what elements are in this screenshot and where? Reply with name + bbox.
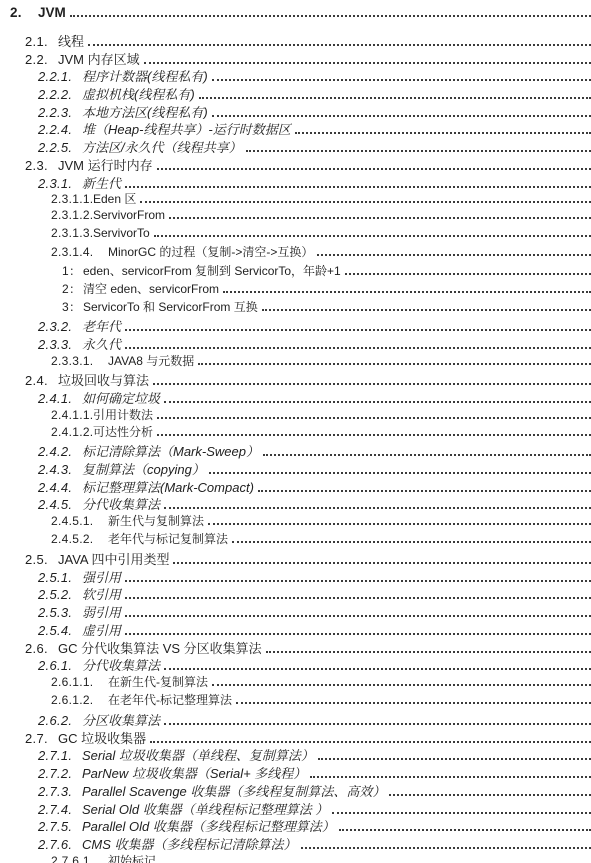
dot-leader xyxy=(154,232,591,237)
dot-leader xyxy=(70,12,591,17)
toc-entry-number: 2.2.2. xyxy=(0,87,82,102)
toc-entry-number: 2.7.5. xyxy=(0,819,82,834)
toc-entry-number: 2.6.2. xyxy=(0,713,82,728)
toc-entry-number: 2.7. xyxy=(0,731,58,746)
dot-leader xyxy=(263,451,591,456)
toc-entry[interactable]: 2.3.1.1.Eden 区 xyxy=(0,190,591,208)
dot-leader xyxy=(125,594,591,599)
toc-page: 2.JVM2.1.线程2.2.JVM 内存区域2.2.1.程序计数器(线程私有)… xyxy=(0,0,591,863)
toc-entry-number: 2.4.5.1. xyxy=(0,514,108,528)
dot-leader xyxy=(164,665,591,670)
toc-entry[interactable]: 2.2.1.程序计数器(线程私有) xyxy=(0,66,591,84)
toc-entry[interactable]: 2.5.JAVA 四中引用类型 xyxy=(0,549,591,567)
toc-entry-label: 老年代 xyxy=(82,316,122,334)
toc-entry-number: 2.4.3. xyxy=(0,462,82,477)
toc-entry[interactable]: 2.4.5.分代收集算法 xyxy=(0,494,591,512)
dot-leader xyxy=(160,860,591,863)
toc-entry[interactable]: 2.5.4.虚引用 xyxy=(0,620,591,638)
toc-entry[interactable]: 2.3.1.新生代 xyxy=(0,173,591,191)
toc-entry-label: Serial Old 收集器（单线程标记整理算法 ） xyxy=(82,799,329,817)
dot-leader xyxy=(310,773,591,778)
dot-leader xyxy=(236,699,591,704)
dot-leader xyxy=(157,431,591,436)
toc-entry-label: ServicorTo 和 ServicorFrom 互换 xyxy=(83,298,259,315)
toc-entry-label: 弱引用 xyxy=(82,602,122,620)
toc-entry-number: 2.4.2. xyxy=(0,444,82,459)
toc-entry-number: 2.6.1.2. xyxy=(0,693,108,707)
toc-entry[interactable]: 2.6.1.2.在老年代-标记整理算法 xyxy=(0,691,591,710)
toc-entry-label: JAVA 四中引用类型 xyxy=(58,549,170,567)
toc-entry-number: 2.1. xyxy=(0,34,58,49)
toc-entry-number: 2.3. xyxy=(0,158,58,173)
toc-entry-number: 1： xyxy=(0,262,83,279)
toc-entry-number: 2.3.1. xyxy=(0,176,82,191)
toc-entry-label: 如何确定垃圾 xyxy=(82,388,161,406)
toc-entry[interactable]: 2.7.5.Parallel Old 收集器（多线程标记整理算法） xyxy=(0,816,591,834)
toc-entry-number: 2.2. xyxy=(0,52,58,67)
toc-entry-number: 2.3.2. xyxy=(0,319,82,334)
toc-entry-label: JVM xyxy=(38,5,67,20)
toc-entry-number: 2.4.1.2. xyxy=(0,425,93,439)
toc-entry[interactable]: 2.4.5.2.老年代与标记复制算法 xyxy=(0,530,591,549)
toc-entry-label: ParNew 垃圾收集器（Serial+ 多线程） xyxy=(82,763,307,781)
dot-leader xyxy=(125,577,591,582)
toc-entry-label: ServivorTo xyxy=(93,226,151,240)
dot-leader xyxy=(125,630,591,635)
dot-leader xyxy=(232,538,591,543)
dot-leader xyxy=(164,398,591,403)
toc-entry-number: 2.4.4. xyxy=(0,480,82,495)
toc-entry[interactable]: 2.4.1.如何确定垃圾 xyxy=(0,388,591,406)
toc-entry-label: Serial 垃圾收集器（单线程、复制算法） xyxy=(82,745,315,763)
dot-leader xyxy=(125,183,591,188)
toc: 2.JVM2.1.线程2.2.JVM 内存区域2.2.1.程序计数器(线程私有)… xyxy=(0,5,591,863)
toc-entry-label: 强引用 xyxy=(82,567,122,585)
toc-entry-label: Parallel Scavenge 收集器（多线程复制算法、高效） xyxy=(82,781,386,799)
dot-leader xyxy=(164,504,591,509)
toc-entry-number: 2.2.1. xyxy=(0,69,82,84)
toc-entry[interactable]: 2.7.2.ParNew 垃圾收集器（Serial+ 多线程） xyxy=(0,763,591,781)
toc-entry[interactable]: 2.3.3.1.JAVA8 与元数据 xyxy=(0,352,591,371)
toc-entry-number: 2.7.3. xyxy=(0,784,82,799)
toc-entry-label: 复制算法（copying） xyxy=(82,459,206,477)
toc-entry-label: Eden 区 xyxy=(93,190,137,207)
dot-leader xyxy=(317,251,591,256)
toc-entry[interactable]: 2.7.4.Serial Old 收集器（单线程标记整理算法 ） xyxy=(0,799,591,817)
toc-entry-label: 虚拟机栈(线程私有) xyxy=(82,84,196,102)
toc-entry[interactable]: 2.6.2.分区收集算法 xyxy=(0,710,591,728)
toc-entry[interactable]: 2.2.2.虚拟机栈(线程私有) xyxy=(0,84,591,102)
dot-leader xyxy=(345,270,591,275)
toc-entry[interactable]: 2.3.JVM 运行时内存 xyxy=(0,155,591,173)
toc-entry-number: 2.3.1.1. xyxy=(0,192,93,206)
toc-entry-label: 方法区/永久代（线程共享） xyxy=(82,137,243,155)
toc-entry-number: 2.6. xyxy=(0,641,58,656)
toc-entry-number: 2.4.1.1. xyxy=(0,408,93,422)
dot-leader xyxy=(266,648,591,653)
toc-entry-number: 2.3.1.3. xyxy=(0,226,93,240)
toc-entry[interactable]: 2.6.1.1.在新生代-复制算法 xyxy=(0,673,591,692)
toc-entry-number: 2.2.4. xyxy=(0,122,82,137)
toc-entry-number: 2.3.3. xyxy=(0,337,82,352)
dot-leader xyxy=(173,559,591,564)
dot-leader xyxy=(144,59,591,64)
toc-entry-label: 新生代与复制算法 xyxy=(108,512,205,529)
dot-leader xyxy=(88,41,591,46)
toc-entry[interactable]: 2.2.JVM 内存区域 xyxy=(0,49,591,67)
toc-entry-number: 2.7.6.1. xyxy=(0,854,108,863)
toc-entry[interactable]: 2.3.1.2.ServivorFrom xyxy=(0,208,591,226)
toc-entry[interactable]: 2.5.1.强引用 xyxy=(0,567,591,585)
toc-entry-label: MinorGC 的过程（复制->清空->互换） xyxy=(108,243,314,260)
toc-entry[interactable]: 2.2.3.本地方法区(线程私有) xyxy=(0,102,591,120)
toc-entry-label: 分代收集算法 xyxy=(82,655,161,673)
toc-entry-label: JVM 内存区域 xyxy=(58,49,141,67)
toc-entry-label: ServivorFrom xyxy=(93,208,166,222)
toc-entry[interactable]: 2.5.3.弱引用 xyxy=(0,602,591,620)
dot-leader xyxy=(169,214,591,219)
dot-leader xyxy=(295,129,591,134)
toc-entry[interactable]: 2.2.4.堆（Heap-线程共享）-运行时数据区 xyxy=(0,119,591,137)
toc-entry[interactable]: 2.3.1.3.ServivorTo xyxy=(0,226,591,244)
toc-entry-number: 2.7.6. xyxy=(0,837,82,852)
toc-entry-label: 老年代与标记复制算法 xyxy=(108,530,229,547)
dot-leader xyxy=(389,791,591,796)
toc-entry-label: JVM 运行时内存 xyxy=(58,155,154,173)
toc-entry-number: 2.6.1.1. xyxy=(0,675,108,689)
toc-entry-label: 软引用 xyxy=(82,584,122,602)
toc-entry-label: 分区收集算法 xyxy=(82,710,161,728)
toc-entry[interactable]: 2.3.2.老年代 xyxy=(0,316,591,334)
toc-entry-number: 2.5.3. xyxy=(0,605,82,620)
dot-leader xyxy=(318,755,591,760)
toc-entry-label: 堆（Heap-线程共享）-运行时数据区 xyxy=(82,119,292,137)
dot-leader xyxy=(209,469,591,474)
dot-leader xyxy=(212,76,591,81)
dot-leader xyxy=(301,844,591,849)
dot-leader xyxy=(223,288,591,293)
toc-entry-number: 2.2.5. xyxy=(0,140,82,155)
toc-entry-label: 程序计数器(线程私有) xyxy=(82,66,209,84)
dot-leader xyxy=(125,344,591,349)
toc-entry-label: GC 垃圾收集器 xyxy=(58,728,147,746)
toc-entry[interactable]: 2.4.2.标记清除算法（Mark-Sweep） xyxy=(0,441,591,459)
toc-entry[interactable]: 2.7.6.CMS 收集器（多线程标记清除算法） xyxy=(0,834,591,852)
toc-entry-number: 2.7.4. xyxy=(0,802,82,817)
toc-entry-number: 2.3.1.4. xyxy=(0,245,108,259)
toc-entry-label: 分代收集算法 xyxy=(82,494,161,512)
toc-entry-number: 2. xyxy=(0,5,38,20)
dot-leader xyxy=(212,112,591,117)
toc-entry[interactable]: 2.4.5.1.新生代与复制算法 xyxy=(0,512,591,531)
dot-leader xyxy=(150,738,591,743)
dot-leader xyxy=(125,326,591,331)
toc-entry-number: 2.4.5.2. xyxy=(0,532,108,546)
toc-entry-label: 虚引用 xyxy=(82,620,122,638)
toc-entry-number: 2.4. xyxy=(0,373,58,388)
toc-entry-number: 2.7.2. xyxy=(0,766,82,781)
dot-leader xyxy=(199,94,591,99)
dot-leader xyxy=(339,826,591,831)
toc-entry[interactable]: 2.4.1.2.可达性分析 xyxy=(0,423,591,441)
toc-entry-label: 新生代 xyxy=(82,173,122,191)
toc-entry-number: 2.5.4. xyxy=(0,623,82,638)
toc-entry[interactable]: 2.2.5.方法区/永久代（线程共享） xyxy=(0,137,591,155)
toc-entry[interactable]: 2.7.GC 垃圾收集器 xyxy=(0,728,591,746)
toc-entry-number: 2.4.5. xyxy=(0,497,82,512)
toc-entry-label: 本地方法区(线程私有) xyxy=(82,102,209,120)
toc-entry-number: 2.7.1. xyxy=(0,748,82,763)
toc-entry-number: 2.4.1. xyxy=(0,391,82,406)
toc-entry[interactable]: 1：eden、servicorFrom 复制到 ServicorTo，年龄+1 xyxy=(0,262,591,280)
dot-leader xyxy=(212,681,591,686)
dot-leader xyxy=(157,414,591,419)
toc-entry-label: CMS 收集器（多线程标记清除算法） xyxy=(82,834,298,852)
toc-entry[interactable]: 2：清空 eden、servicorFrom xyxy=(0,280,591,298)
toc-entry-number: 2.3.1.2. xyxy=(0,208,93,222)
toc-entry-label: 垃圾回收与算法 xyxy=(58,370,150,388)
dot-leader xyxy=(140,198,591,203)
dot-leader xyxy=(198,360,591,365)
toc-entry[interactable]: 2.6.GC 分代收集算法 VS 分区收集算法 xyxy=(0,638,591,656)
toc-entry[interactable]: 2.JVM xyxy=(0,5,591,31)
toc-entry-label: 可达性分析 xyxy=(93,423,154,440)
toc-entry-label: 清空 eden、servicorFrom xyxy=(83,280,220,297)
toc-entry-label: 标记清除算法（Mark-Sweep） xyxy=(82,441,260,459)
toc-entry-label: eden、servicorFrom 复制到 ServicorTo，年龄+1 xyxy=(83,262,342,279)
dot-leader xyxy=(258,487,591,492)
toc-entry-number: 3： xyxy=(0,298,83,315)
toc-entry[interactable]: 2.7.1.Serial 垃圾收集器（单线程、复制算法） xyxy=(0,745,591,763)
toc-entry-number: 2.5.2. xyxy=(0,587,82,602)
dot-leader xyxy=(246,147,591,152)
dot-leader xyxy=(164,720,591,725)
toc-entry[interactable]: 2.4.3.复制算法（copying） xyxy=(0,459,591,477)
dot-leader xyxy=(208,520,591,525)
toc-entry[interactable]: 2.3.3.永久代 xyxy=(0,334,591,352)
toc-entry-label: 初始标记 xyxy=(108,852,157,863)
toc-entry[interactable]: 2.5.2.软引用 xyxy=(0,584,591,602)
toc-entry[interactable]: 2.7.3.Parallel Scavenge 收集器（多线程复制算法、高效） xyxy=(0,781,591,799)
toc-entry[interactable]: 2.3.1.4.MinorGC 的过程（复制->清空->互换） xyxy=(0,243,591,262)
toc-entry-label: 永久代 xyxy=(82,334,122,352)
toc-entry-number: 2.5. xyxy=(0,552,58,567)
dot-leader xyxy=(125,612,591,617)
toc-entry-label: 在老年代-标记整理算法 xyxy=(108,691,233,708)
toc-entry[interactable]: 2.1.线程 xyxy=(0,31,591,49)
toc-entry[interactable]: 2.4.1.1.引用计数法 xyxy=(0,406,591,424)
toc-entry-number: 2： xyxy=(0,280,83,297)
toc-entry[interactable]: 2.4.垃圾回收与算法 xyxy=(0,370,591,388)
toc-entry[interactable]: 3：ServicorTo 和 ServicorFrom 互换 xyxy=(0,298,591,316)
toc-entry-number: 2.3.3.1. xyxy=(0,354,108,368)
toc-entry[interactable]: 2.4.4.标记整理算法(Mark-Compact) xyxy=(0,477,591,495)
toc-entry[interactable]: 2.6.1.分代收集算法 xyxy=(0,655,591,673)
dot-leader xyxy=(262,306,591,311)
toc-entry-label: 引用计数法 xyxy=(93,406,154,423)
dot-leader xyxy=(157,165,591,170)
toc-entry-number: 2.5.1. xyxy=(0,570,82,585)
toc-entry-label: 在新生代-复制算法 xyxy=(108,673,209,690)
toc-entry-label: 线程 xyxy=(58,31,85,49)
toc-entry-number: 2.2.3. xyxy=(0,105,82,120)
toc-entry-number: 2.6.1. xyxy=(0,658,82,673)
toc-entry-label: Parallel Old 收集器（多线程标记整理算法） xyxy=(82,816,336,834)
dot-leader xyxy=(332,809,591,814)
toc-entry-label: 标记整理算法(Mark-Compact) xyxy=(82,477,255,495)
toc-entry-label: GC 分代收集算法 VS 分区收集算法 xyxy=(58,638,263,656)
toc-entry[interactable]: 2.7.6.1.初始标记 xyxy=(0,852,591,863)
toc-entry-label: JAVA8 与元数据 xyxy=(108,352,195,369)
dot-leader xyxy=(153,380,591,385)
